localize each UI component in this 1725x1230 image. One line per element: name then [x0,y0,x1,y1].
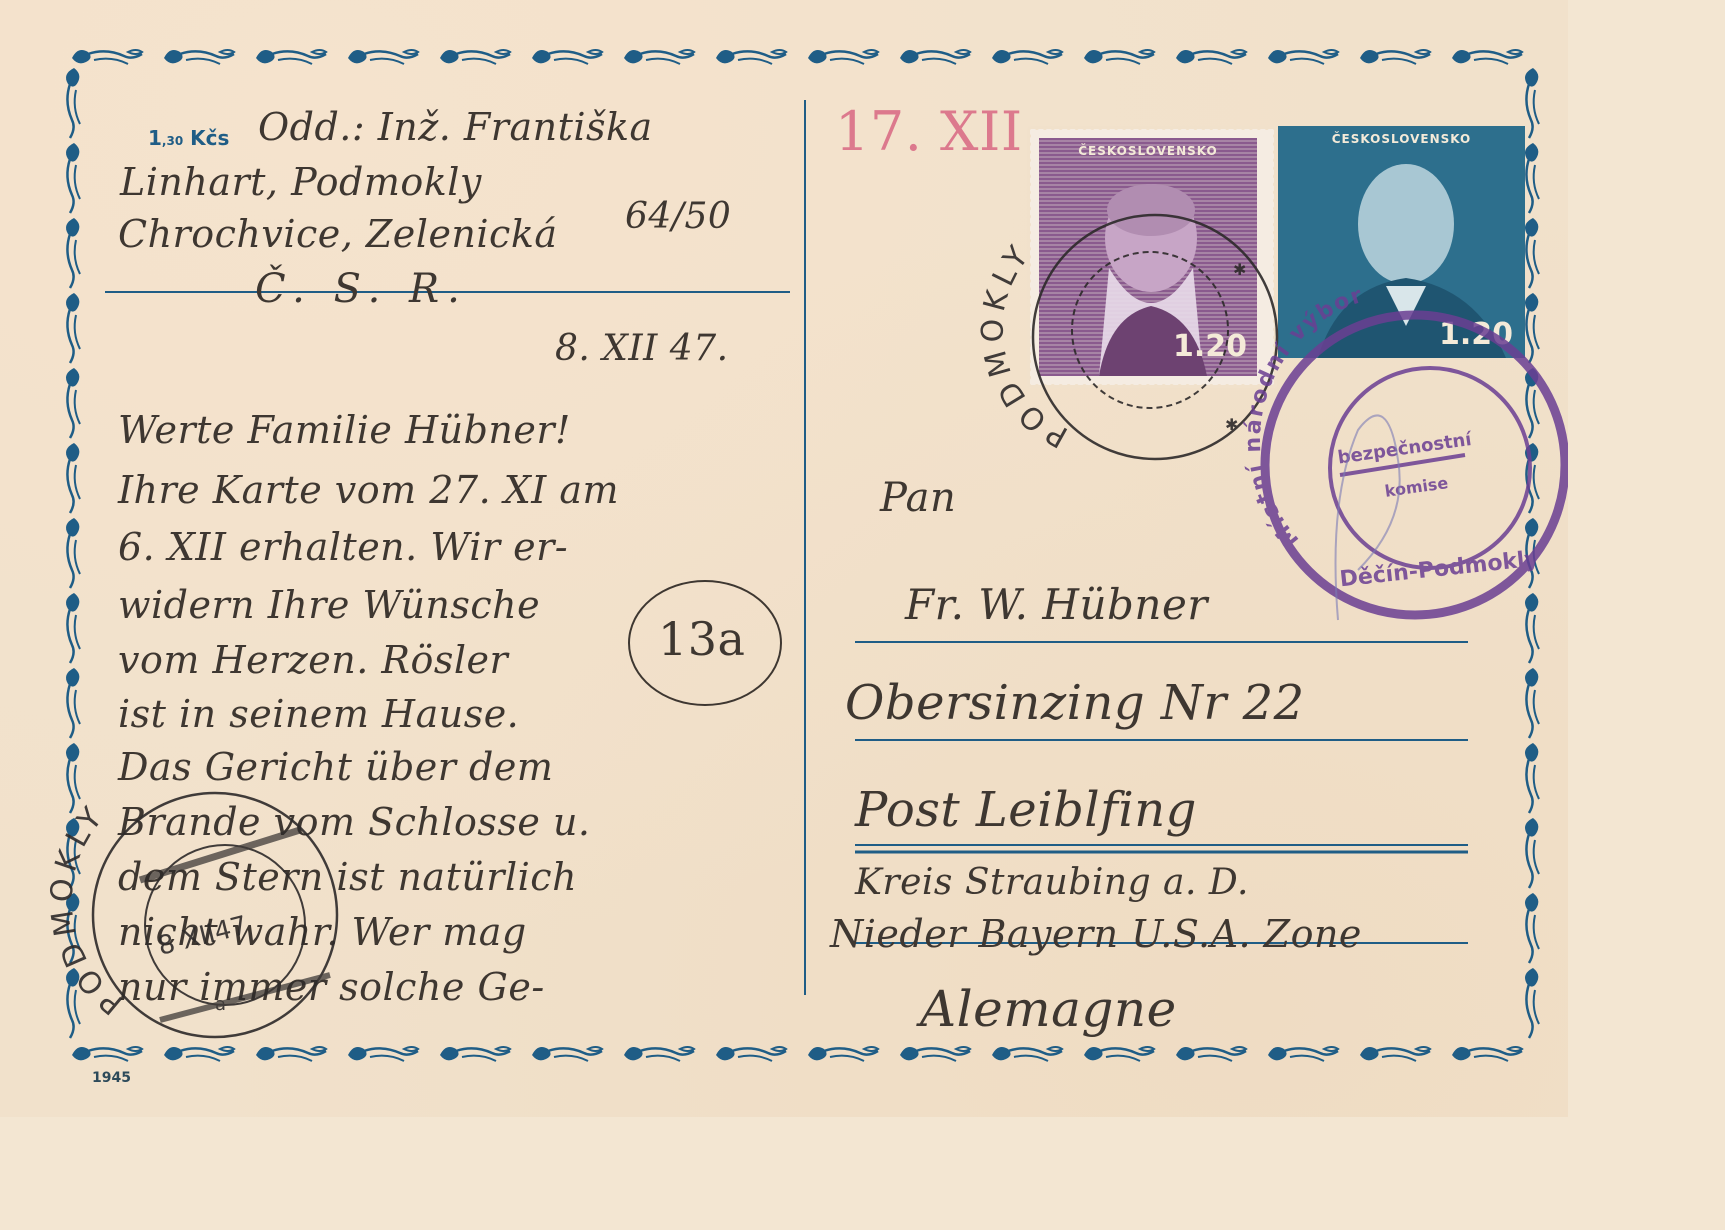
recipient-street: Obersinzing Nr 22 [845,675,1305,731]
imprinted-stamp: ČESKOSLOVENSKO 1.20 [1278,126,1525,358]
postcard: 1,30 Kčs 1945 Odd.: Inž. Františka Linha… [0,0,1568,1117]
message-line-3: 6. XII erhalten. Wir er- [118,525,568,569]
message-line-7: Das Gericht über dem [118,745,553,789]
message-line-11: nur immer solche Ge- [118,965,545,1009]
red-date-mark: 17. XII [835,100,1023,163]
stamp-value: 1.20 [1439,317,1513,352]
printed-value: 1,30 Kčs [148,126,229,150]
recipient-post: Post Leiblfing [855,782,1197,838]
sender-line-2: Linhart, Podmokly [120,160,482,204]
message-line-8: Brande vom Schlosse u. [118,800,591,844]
adhesive-stamp: ČESKOSLOVENSKO 1.20 [1027,126,1277,388]
message-line-1: Werte Familie Hübner! [118,408,571,452]
circled-note: 13a [628,580,782,706]
stamp-image: ČESKOSLOVENSKO 1.20 [1039,138,1257,376]
message-line-2: Ihre Karte vom 27. XI am [118,468,619,512]
print-year: 1945 [92,1070,131,1086]
recipient-country: Alemagne [920,980,1177,1038]
stamp-value: 1.20 [1173,329,1247,364]
message-line-5: vom Herzen. Rösler [118,638,508,682]
sender-line-1: Odd.: Inž. Františka [258,105,653,149]
message-line-9: dem Stern ist natürlich [118,855,577,899]
recipient-region: Nieder Bayern U.S.A. Zone [830,912,1362,956]
message-line-10: nicht wahr. Wer mag [118,910,527,954]
value-currency: Kčs [190,126,229,150]
recipient-name: Fr. W. Hübner [905,580,1208,629]
recipient-district: Kreis Straubing a. D. [855,862,1249,903]
letter-date: 8. XII 47. [555,328,729,369]
message-line-6: ist in seinem Hause. [118,692,519,736]
sender-country: Č. S. R. [255,266,468,312]
value-sub: ,30 [162,134,183,148]
value-main: 1 [148,126,162,150]
recipient-salutation: Pan [880,475,956,521]
sender-house-number: 64/50 [625,196,731,237]
sender-line-3: Chrochvice, Zelenická [118,212,558,256]
circled-note-text: 13a [658,612,745,666]
stamp-image: ČESKOSLOVENSKO 1.20 [1278,126,1525,358]
message-line-4: widern Ihre Wünsche [118,583,540,627]
